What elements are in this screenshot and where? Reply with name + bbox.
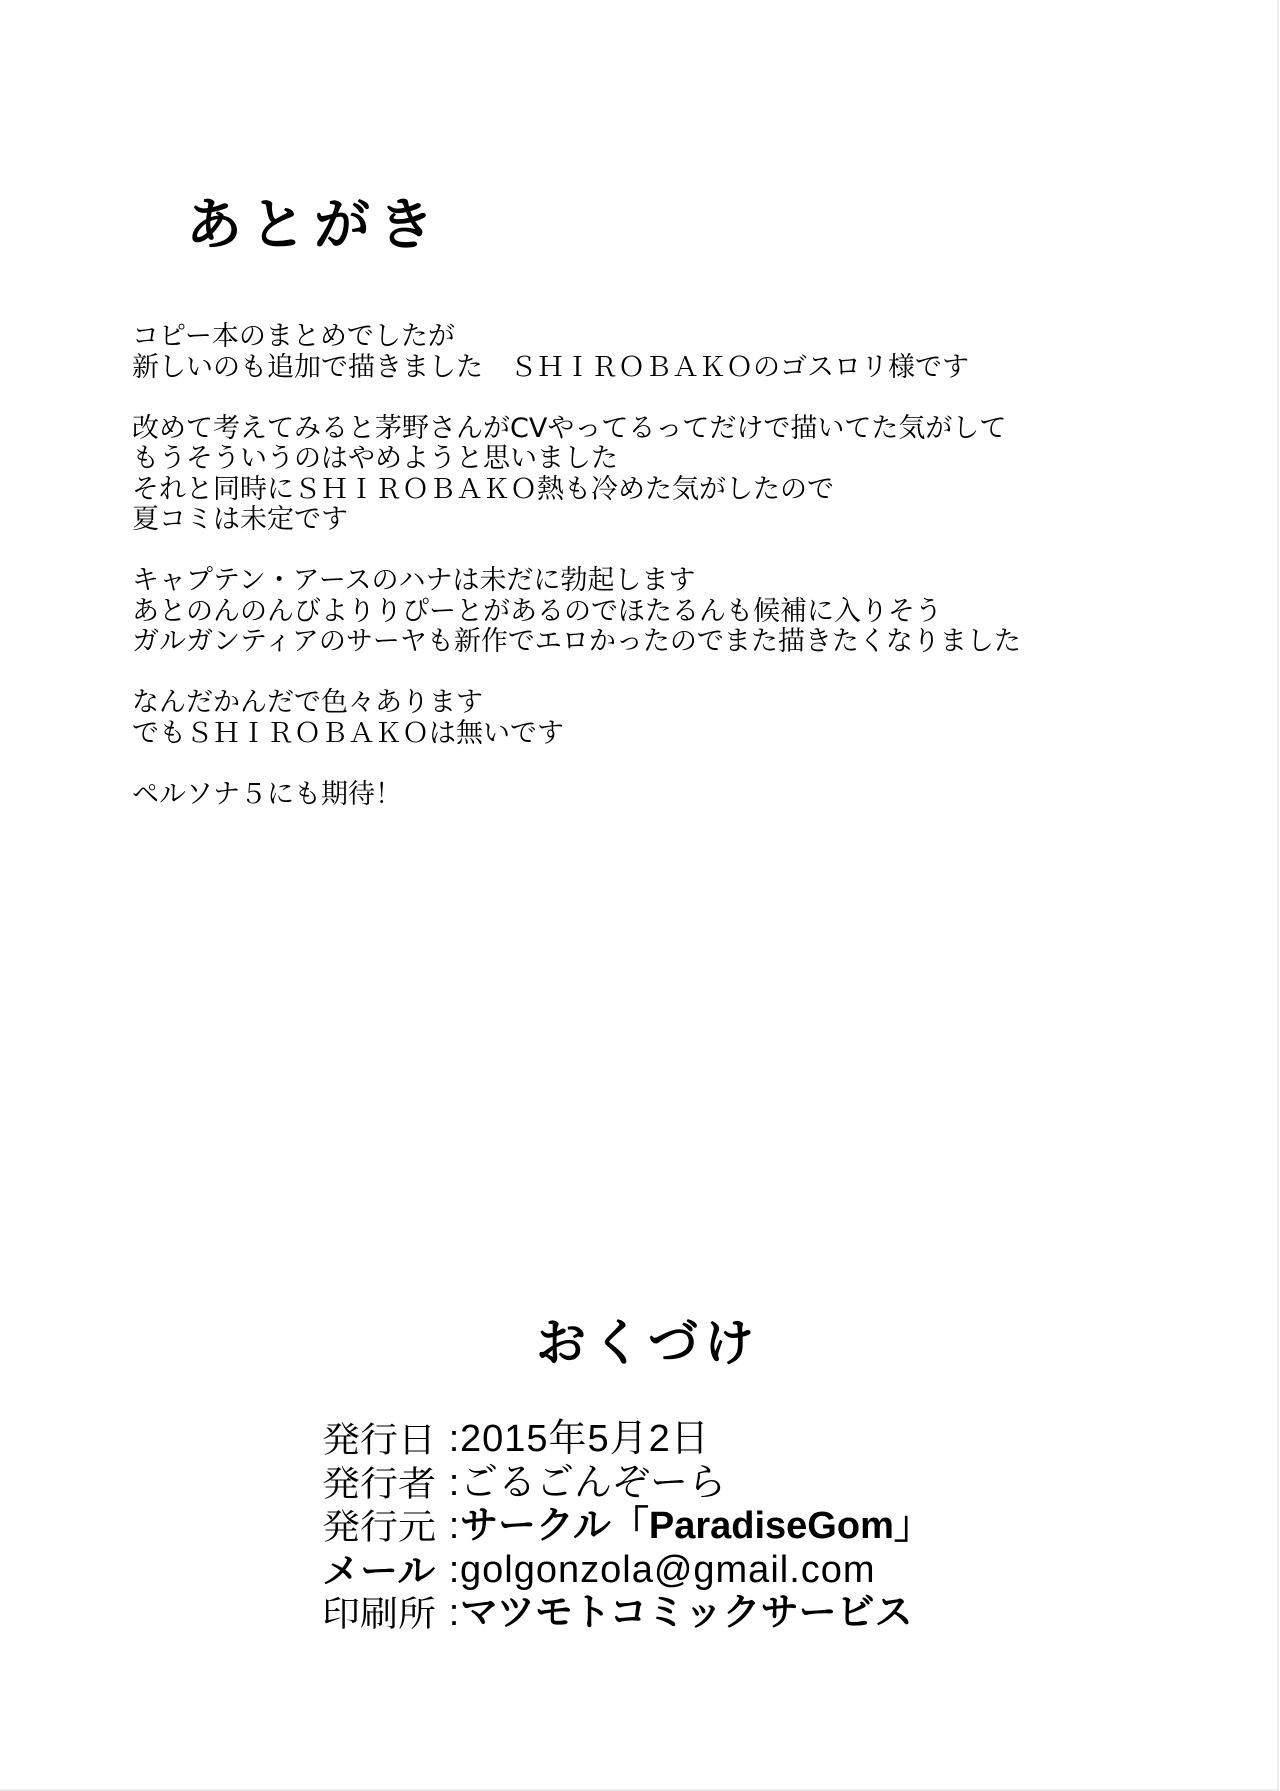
colophon-separator: : [448,1549,460,1593]
colophon-row-printer: 印刷所 : マツモトコミックサービス [322,1592,932,1636]
colophon-row-publisher: 発行者 : ごるごんぞーら [322,1462,932,1506]
afterword-paragraph-4: なんだかんだで色々あります でもＳＨＩＲＯＢＡＫＯは無いです [132,688,1232,749]
colophon-separator: : [448,1592,460,1636]
text-line: ガルガンティアのサーヤも新作でエロかったのでまた描きたくなりました [132,627,1232,658]
colophon-table: 発行日 : 2015年5月2日 発行者 : ごるごんぞーら 発行元 : サークル… [322,1418,932,1636]
afterword-paragraph-1: コピー本のまとめでしたが 新しいのも追加で描きました ＳＨＩＲＯＢＡＫＯのゴスロ… [132,322,1232,383]
colophon-separator: : [448,1462,460,1506]
text-line: 夏コミは未定です [132,505,1232,536]
colophon-separator: : [448,1418,460,1462]
text-line: もうそういうのはやめようと思いました [132,444,1232,475]
text-line: でもＳＨＩＲＯＢＡＫＯは無いです [132,719,1232,750]
afterword-paragraph-5: ペルソナ５にも期待！ [132,780,1232,811]
colophon-label: 印刷所 [322,1595,448,1635]
afterword-paragraph-2: 改めて考えてみると茅野さんがCVやってるってだけで描いてた気がして もうそういう… [132,414,1232,536]
text-line: 改めて考えてみると茅野さんがCVやってるってだけで描いてた気がして [132,414,1232,445]
colophon-separator: : [448,1505,460,1549]
colophon-row-circle: 発行元 : サークル「ParadiseGom」 [322,1505,932,1549]
document-page: あとがき コピー本のまとめでしたが 新しいのも追加で描きました ＳＨＩＲＯＢＡＫ… [0,0,1279,1791]
colophon-value: 2015年5月2日 [460,1418,710,1462]
afterword-body: コピー本のまとめでしたが 新しいのも追加で描きました ＳＨＩＲＯＢＡＫＯのゴスロ… [132,322,1232,841]
afterword-paragraph-3: キャプテン・アースのハナは未だに勃起します あとのんのんびよりりぴーとがあるので… [132,566,1232,658]
colophon-row-email: メール : golgonzola@gmail.com [322,1549,932,1593]
text-line: ペルソナ５にも期待！ [132,780,1232,811]
text-line: キャプテン・アースのハナは未だに勃起します [132,566,1232,597]
afterword-title: あとがき [186,192,442,258]
text-line: なんだかんだで色々あります [132,688,1232,719]
colophon-value: マツモトコミックサービス [460,1592,913,1636]
colophon-value: サークル「ParadiseGom」 [460,1505,932,1549]
colophon-label: メール [322,1552,448,1592]
text-line: あとのんのんびよりりぴーとがあるのでほたるんも候補に入りそう [132,597,1232,628]
email-link[interactable]: golgonzola@gmail.com [460,1549,876,1593]
text-line: 新しいのも追加で描きました ＳＨＩＲＯＢＡＫＯのゴスロリ様です [132,353,1232,384]
colophon-value: ごるごんぞーら [460,1462,726,1506]
colophon-title: おくづけ [536,1313,760,1373]
colophon-label: 発行日 [322,1421,448,1461]
text-line: コピー本のまとめでしたが [132,322,1232,353]
colophon-label: 発行元 [322,1508,448,1548]
colophon-row-publish-date: 発行日 : 2015年5月2日 [322,1418,932,1462]
text-line: それと同時にＳＨＩＲＯＢＡＫＯ熱も冷めた気がしたので [132,475,1232,506]
colophon-label: 発行者 [322,1465,448,1505]
